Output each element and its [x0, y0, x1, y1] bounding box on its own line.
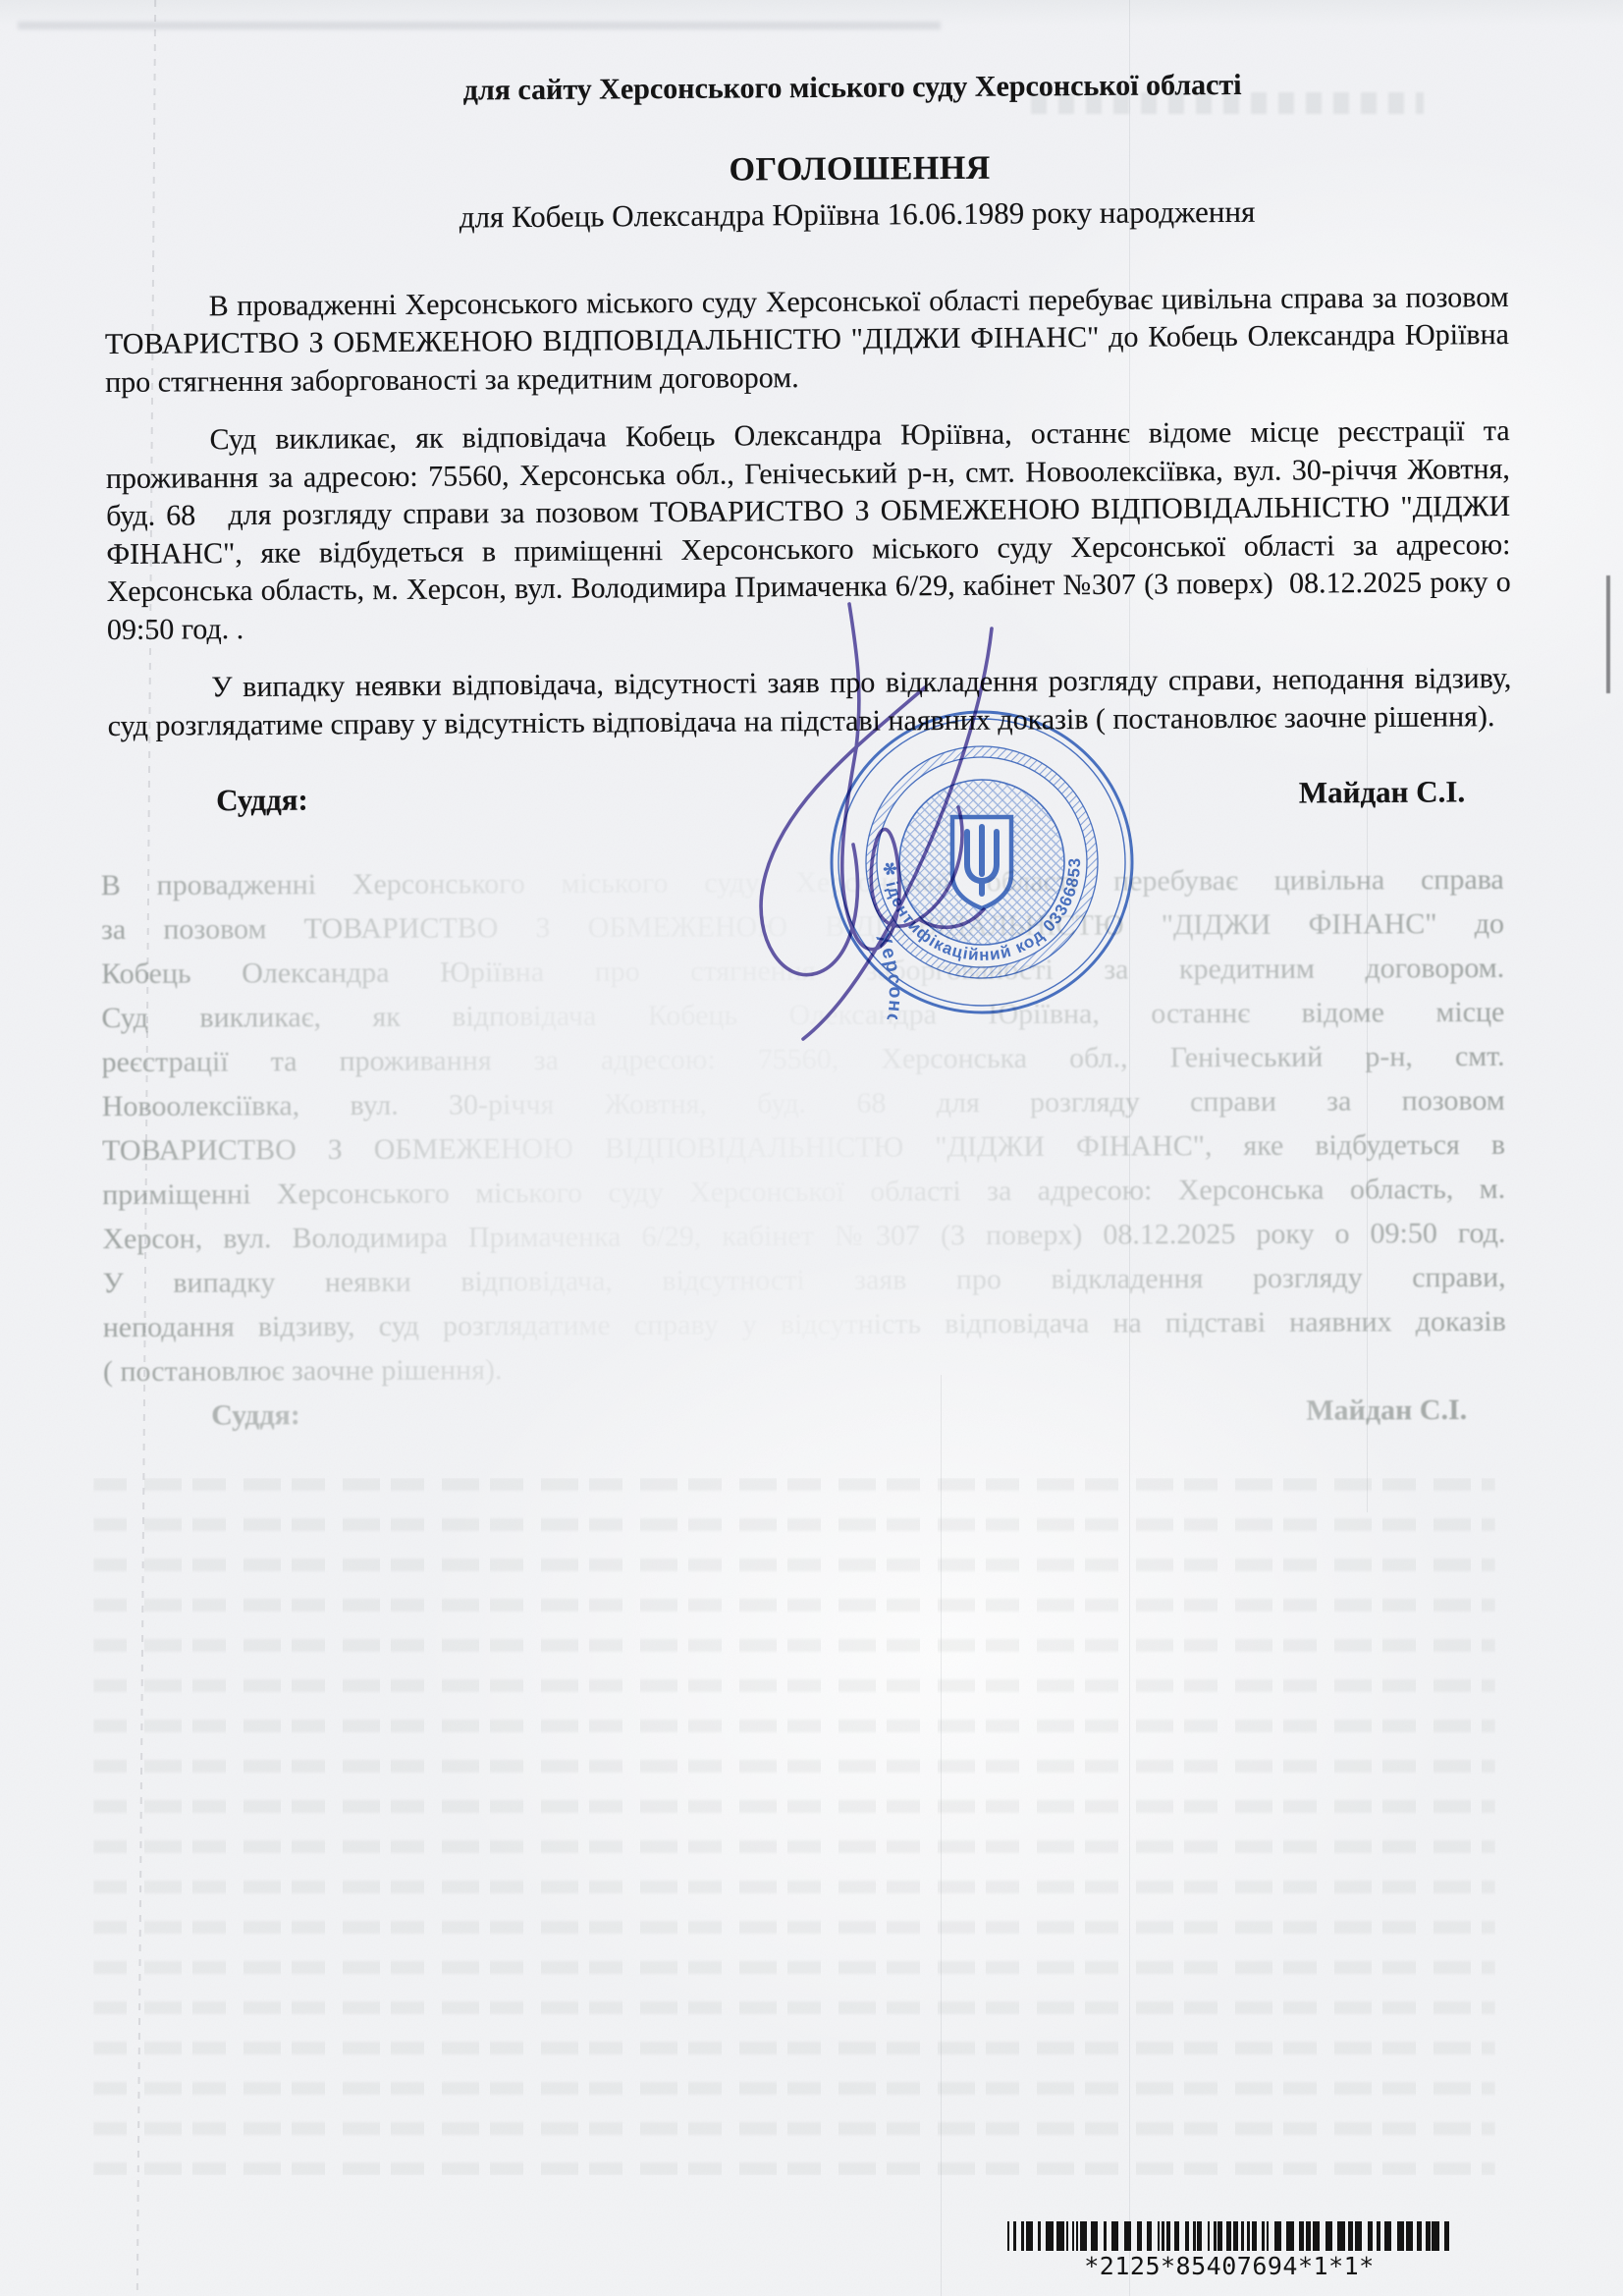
scan-streak [941, 1375, 942, 2296]
paragraph-case-info: В провадженні Херсонського міського суду… [105, 279, 1510, 402]
ghost-line: У випадку неявки відповідача, відсутност… [102, 1261, 1505, 1311]
barcode-bars [990, 2221, 1469, 2251]
judge-name: Майдан С.І. [1299, 773, 1466, 812]
ghost-line: ТОВАРИСТВО З ОБМЕЖЕНОЮ ВІДПОВІДАЛЬНІСТЮ … [102, 1128, 1505, 1178]
bleed-through-faint-lines [93, 1478, 1495, 2175]
announcement-subtitle: для Кобець Олександра Юріївна 16.06.1989… [104, 191, 1508, 239]
ghost-judge-label: Суддя: [211, 1398, 300, 1443]
ghost-line: неподання відзиву, суд розглядатиме спра… [103, 1305, 1506, 1355]
ghost-line: приміщенні Херсонського міського суду Хе… [102, 1173, 1505, 1223]
ghost-line: Новоолексіївка, вул. 30-річчя Жовтня, бу… [102, 1084, 1505, 1134]
judge-label: Суддя: [216, 782, 308, 820]
judge-signature [746, 577, 1198, 1068]
scanned-court-document: для сайту Херсонського міського суду Хер… [0, 0, 1623, 2296]
scan-edge-artifact [1606, 575, 1610, 693]
ghost-signature-row: Суддя: Майдан С.І. [103, 1394, 1506, 1444]
barcode: *2125*85407694*1*1* [990, 2221, 1469, 2280]
ghost-line: ( постановлює заочне рішення). [103, 1349, 1506, 1399]
announcement-title: ОГОЛОШЕННЯ [104, 146, 1508, 193]
ghost-line: Херсон, вул. Володимира Примаченка 6/29,… [102, 1217, 1505, 1267]
ghost-judge-name: Майдан С.І. [1306, 1394, 1467, 1439]
document-header: для сайту Херсонського міського суду Хер… [103, 65, 1507, 112]
barcode-label: *2125*85407694*1*1* [990, 2252, 1469, 2280]
scan-smudge [18, 22, 941, 29]
